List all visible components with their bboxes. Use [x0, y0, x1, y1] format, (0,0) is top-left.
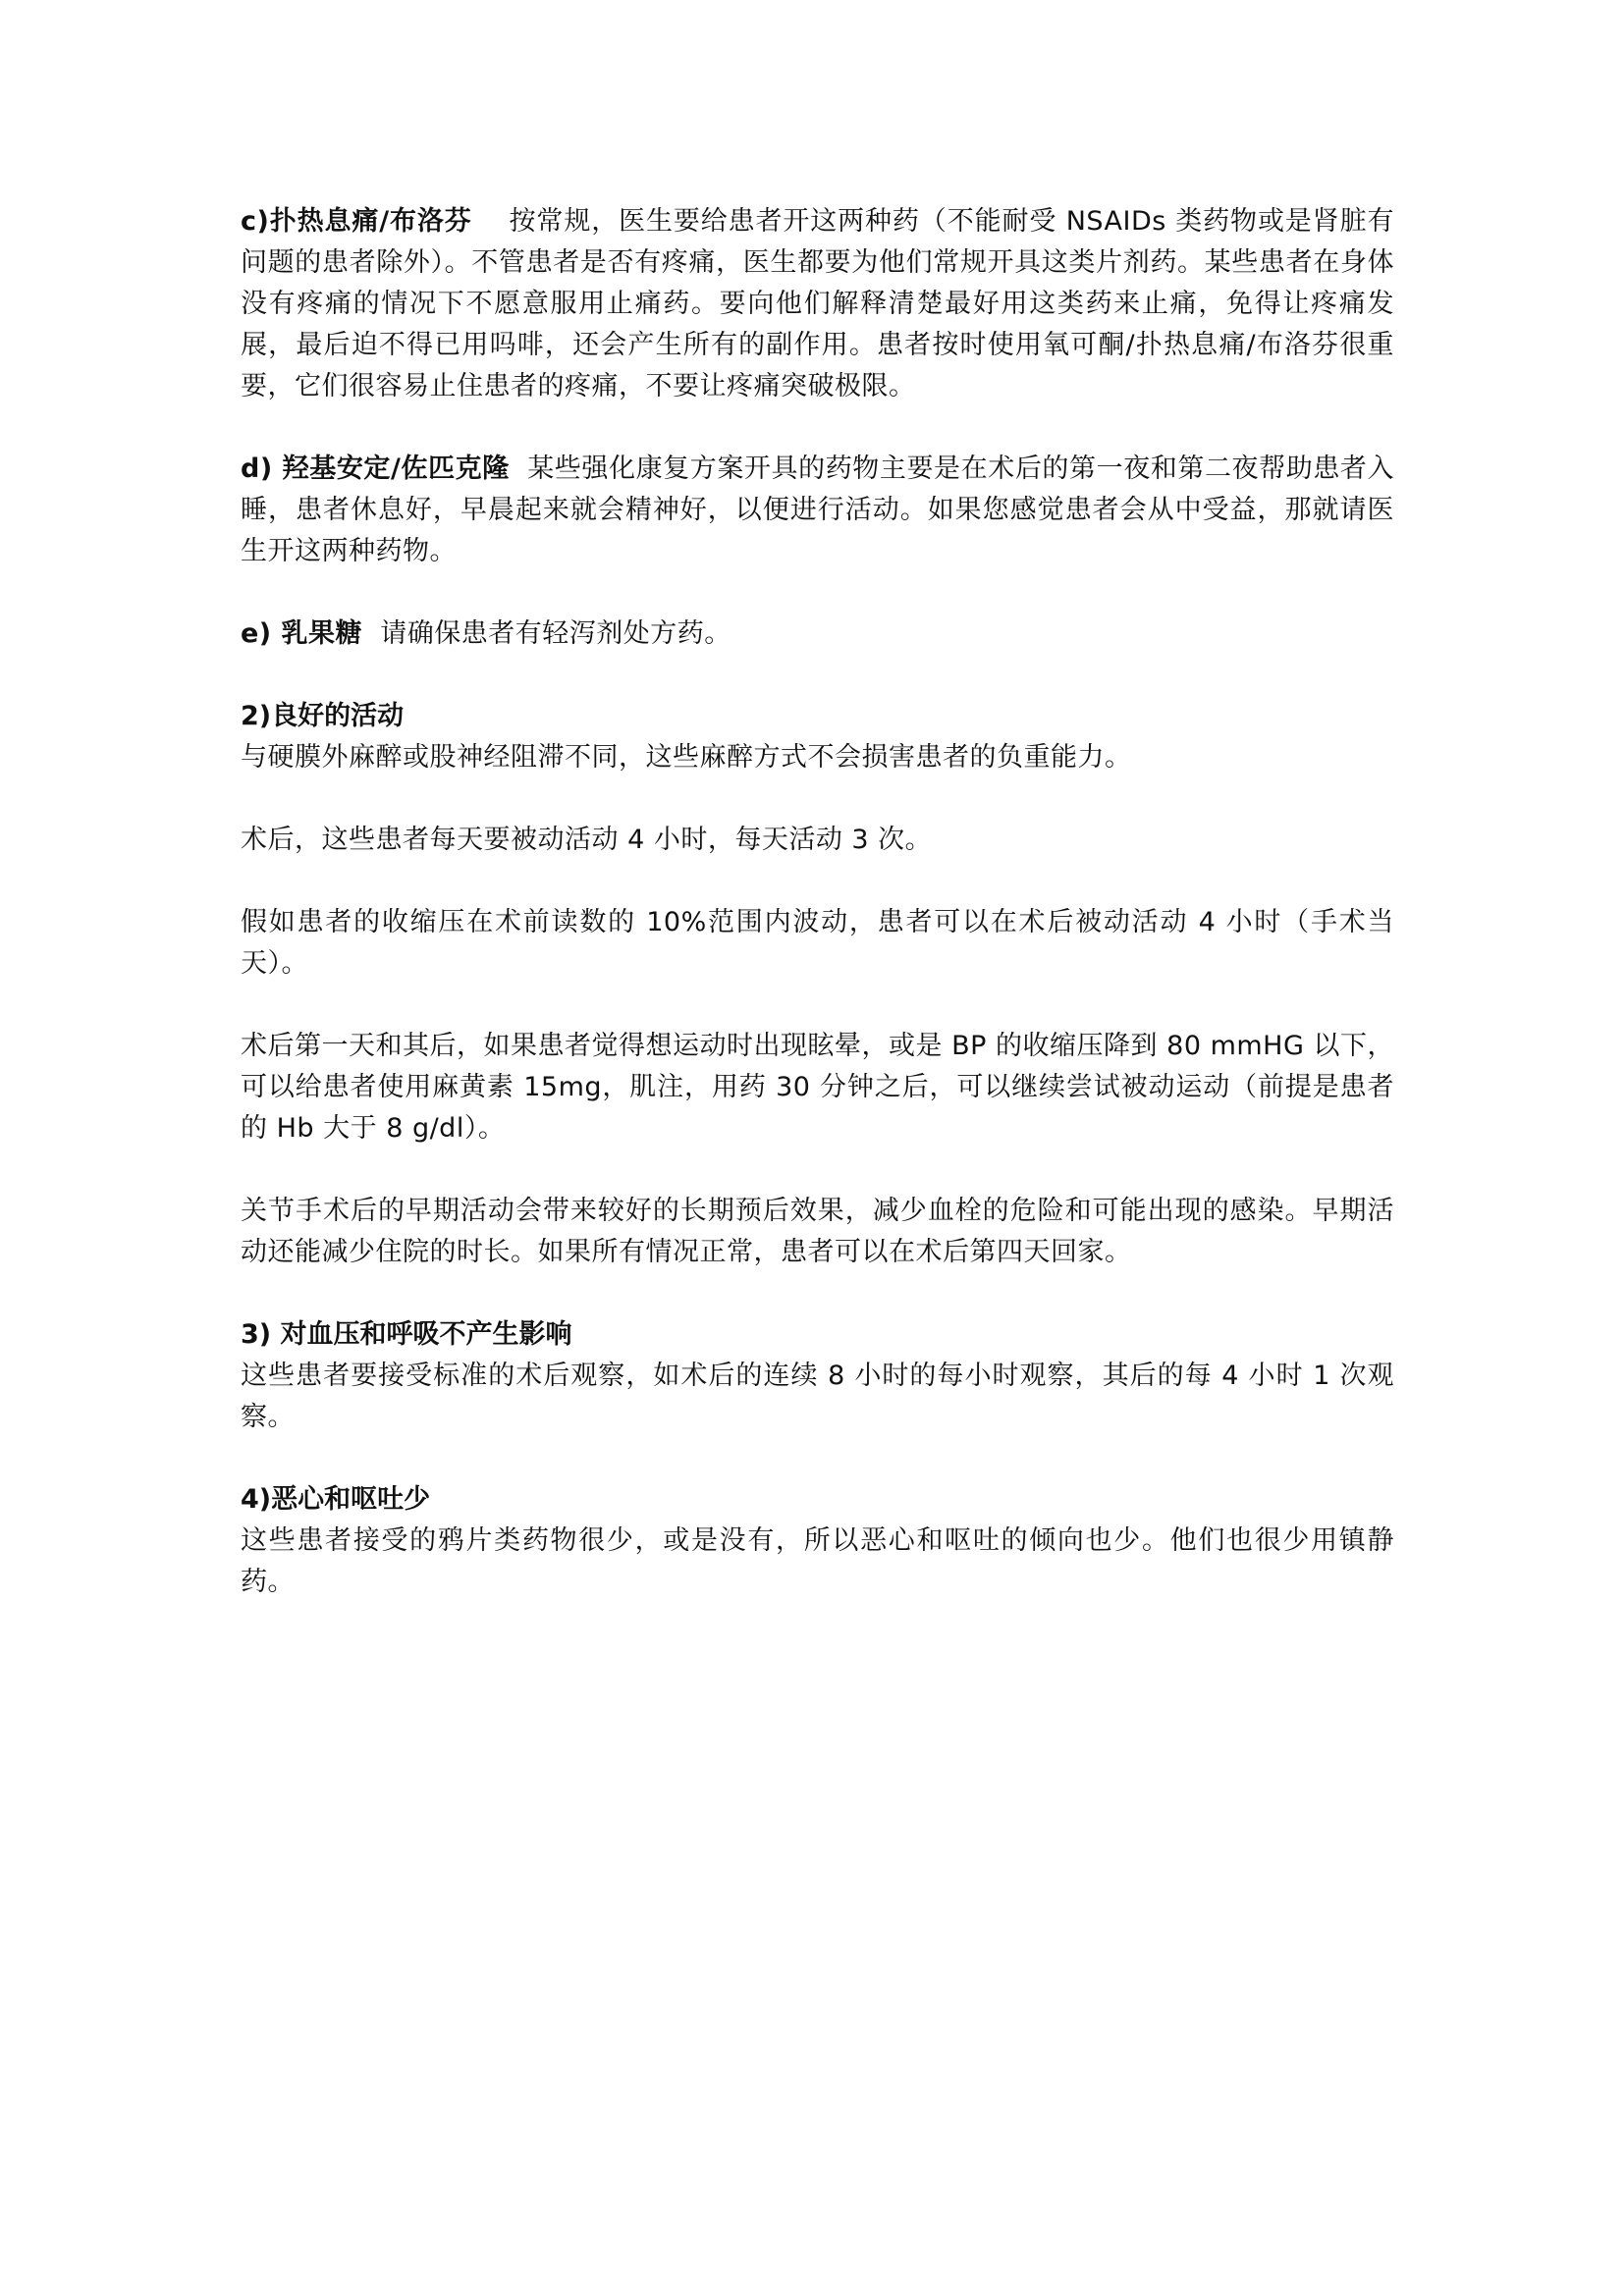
section-3-paragraph-1: 这些患者要接受标准的术后观察，如术后的连续 8 小时的每小时观察，其后的每 4 … — [241, 1356, 1394, 1438]
section-2-paragraph-4: 术后第一天和其后，如果患者觉得想运动时出现眩晕，或是 BP 的收缩压降到 80 … — [241, 1026, 1394, 1149]
paragraph-c: c)扑热息痛/布洛芬 按常规，医生要给患者开这两种药（不能耐受 NSAIDs 类… — [241, 201, 1394, 407]
section-heading-4: 4)恶心和呕吐少 — [241, 1479, 1394, 1521]
drug-label-e: e) 乳果糖 — [241, 618, 362, 649]
section-2-paragraph-3: 假如患者的收缩压在术前读数的 10%范围内波动，患者可以在术后被动活动 4 小时… — [241, 902, 1394, 985]
drug-label-c: c)扑热息痛/布洛芬 — [241, 206, 472, 237]
section-4-paragraph-1: 这些患者接受的鸦片类药物很少，或是没有，所以恶心和呕吐的倾向也少。他们也很少用镇… — [241, 1521, 1394, 1603]
document-page: c)扑热息痛/布洛芬 按常规，医生要给患者开这两种药（不能耐受 NSAIDs 类… — [241, 201, 1394, 1603]
drug-label-d: d) 羟基安定/佐匹克隆 — [241, 454, 510, 484]
section-2-paragraph-5: 关节手术后的早期活动会带来较好的长期预后效果，减少血栓的危险和可能出现的感染。早… — [241, 1191, 1394, 1273]
paragraph-e: e) 乳果糖 请确保患者有轻泻剂处方药。 — [241, 614, 1394, 655]
section-heading-3: 3) 对血压和呼吸不产生影响 — [241, 1314, 1394, 1356]
section-heading-2: 2)良好的活动 — [241, 696, 1394, 737]
paragraph-d: d) 羟基安定/佐匹克隆 某些强化康复方案开具的药物主要是在术后的第一夜和第二夜… — [241, 449, 1394, 572]
section-2-paragraph-1: 与硬膜外麻醉或股神经阻滞不同，这些麻醉方式不会损害患者的负重能力。 — [241, 737, 1394, 778]
drug-text-e: 请确保患者有轻泻剂处方药。 — [380, 618, 731, 649]
section-2-paragraph-2: 术后，这些患者每天要被动活动 4 小时，每天活动 3 次。 — [241, 820, 1394, 861]
